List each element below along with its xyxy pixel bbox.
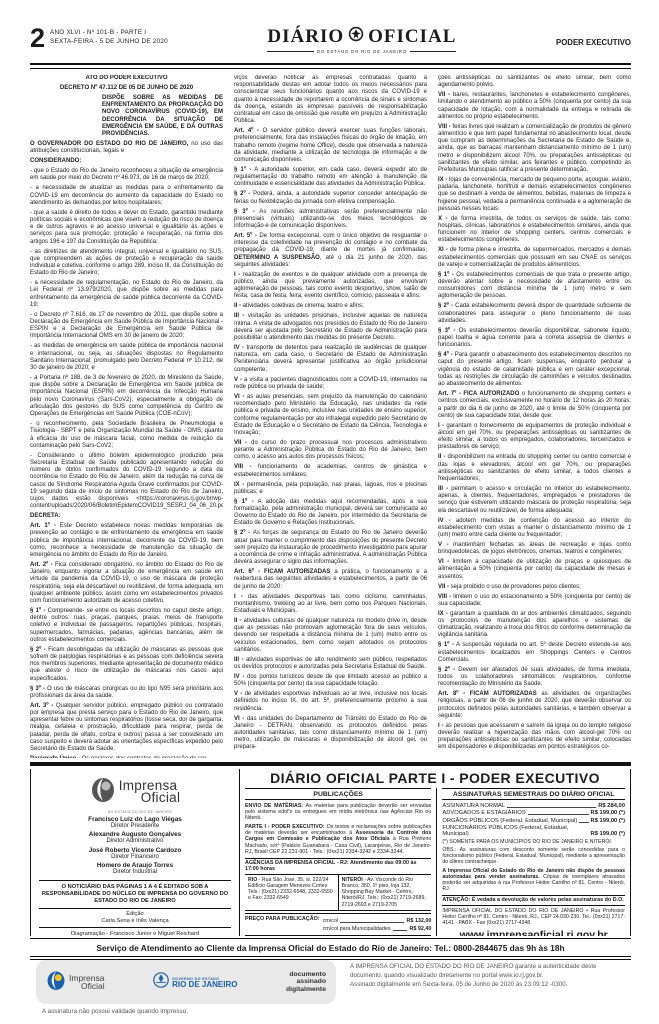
publicacoes-paragraphs: ENVIO DE MATÉRIAS: As matérias para publ…	[245, 803, 431, 856]
paragraph: A Imprensa Oficial do Estado do Rio de J…	[442, 868, 625, 893]
paragraph: VIII - limitem o uso do estacionamento a…	[438, 594, 631, 608]
reclamacoes-note: RECLAMAÇÕES SOBRE PUBLICAÇÕES DE MATÉRIA…	[245, 935, 431, 936]
paragraph: VII - do curso do prazo processual nos p…	[234, 440, 427, 462]
footer-governo-logo: GOVERNO DO ESTADO RIO DE JANEIRO	[153, 972, 237, 993]
paragraph: VIII - feiras livres que realizam a come…	[438, 124, 631, 174]
paragraph: III - atividades esportivas de alto rend…	[234, 657, 427, 671]
paragraph: OBS.: As assinaturas com desconto soment…	[442, 847, 625, 866]
agencies-row: RIO - Rua São José, 35, sl. 222/24 Edifí…	[245, 874, 431, 911]
paragraph: IX - lojas de conveniência, mercado de p…	[438, 177, 631, 213]
editorial-notice: O NOTICIÁRIO DAS PÁGINAS 1 A 4 É EDITADO…	[39, 880, 231, 904]
paragraph: - que o Estado do Rio de Janeiro reconhe…	[30, 168, 223, 182]
digital-signature-badge: Imprensa Oficial GOVERNO DO ESTADO RIO D…	[36, 960, 336, 1004]
agency-niteroi: NITERÓI - Av. Visconde do Rio Branco, 36…	[338, 875, 432, 910]
price-row: ÓRGÃOS PÚBLICOS (Federal, Estadual, Muni…	[442, 818, 625, 824]
assinaturas-title: ASSINATURAS SEMESTRAIS DO DIÁRIO OFICIAL	[442, 788, 625, 800]
print-validity-note: A assinatura não possui validade quando …	[42, 1008, 188, 1015]
governo-logo-bottom: RIO DE JANEIRO	[172, 982, 237, 988]
section-label: PODER EXECUTIVO	[556, 26, 631, 47]
paragraph: - o reconhecimento, pela Sociedade Brasi…	[30, 421, 223, 450]
masthead: DIÁRIO OFICIAL DO ESTADO DO RIO DE JANEI…	[267, 26, 456, 54]
paragraph: - a Portaria nº 188, de 3 de fevereiro d…	[30, 375, 223, 418]
column-2: viços deverão notificar as empresas cont…	[234, 75, 427, 758]
paragraph: I - realização de eventos e de qualquer …	[234, 272, 427, 301]
atencao-note: ATENÇÃO: É vedada a devolução de valores…	[442, 895, 625, 906]
paragraph: Art. 8º - FICAM AUTORIZADAS as atividade…	[438, 691, 631, 720]
footer-imprensa-logo: Imprensa Oficial	[46, 968, 105, 997]
paragraph: VI - as aulas presenciais, sem prejuízo …	[234, 394, 427, 437]
paragraph: § 3º - O uso de máscaras cirúrgicas ou d…	[30, 686, 223, 700]
paragraph: Art. 6º - FICAM AUTORIZADAS a prática, o…	[234, 569, 427, 591]
price-rows: cm/colR$ 132,00cm/col para Municipalidad…	[323, 916, 432, 933]
paragraph: I - as pessoas que acessarem e saírem da…	[438, 723, 631, 752]
paragraph: IX - permanência, pela população, nas pr…	[234, 482, 427, 496]
price-label: PREÇO PARA PUBLICAÇÃO:	[245, 916, 320, 933]
paragraph: (*) SOMENTE PARA OS MUNICÍPIOS DO RIO DE…	[442, 839, 625, 845]
imprensa-oficial-logo-icon	[90, 774, 116, 809]
subscription-rows: ASSINATURA NORMALR$ 284,00ADVOGADOS E ES…	[442, 803, 625, 838]
coat-of-arms-icon	[348, 26, 364, 48]
imprensa-oficial-logo-text: Imprensa Oficial	[119, 780, 181, 804]
paragraph: § 2º - Poderá, ainda, a autoridade super…	[234, 191, 427, 205]
paragraph: § 3º - As reuniões administrativas serão…	[234, 209, 427, 231]
authenticity-text: A IMPRENSA OFICIAL DO ESTADO DO RIO DE J…	[350, 962, 643, 989]
column-3: ções antissépticas ou sanitizantes de ef…	[438, 75, 631, 758]
price-row: cm/col para MunicipalidadesR$ 92,40	[323, 926, 432, 932]
price-row: ADVOGADOS E ESTAGIÁRIOSR$ 199,00 (*)	[442, 810, 625, 816]
governo-logo-text: GOVERNO DO ESTADO RIO DE JANEIRO	[172, 976, 237, 988]
paragraph: II - disponibilizem na entrada do shoppi…	[438, 454, 631, 483]
auth-line-3: Assinado digitalmente em Sexta-feira, 05…	[350, 980, 643, 989]
paragraph: § 2º - Ficam desobrigadas da utilização …	[30, 647, 223, 683]
paragraph: § 2º - As forças de segurança do Estado …	[234, 530, 427, 566]
paragraph: DISPÕE SOBRE AS MEDIDAS DE ENFRENTAMENTO…	[102, 95, 223, 138]
paragraph: VII - seja proibido o uso de provadores …	[438, 584, 631, 591]
paragraph: - que a saúde é direito de todos e dever…	[30, 210, 223, 246]
footer-imprensa-line2: Oficial	[81, 981, 105, 991]
paragraph: - a necessidade de regulamentação, no Es…	[30, 280, 223, 309]
paragraph: § 4º - Para garantir o abastecimento dos…	[438, 352, 631, 388]
paragraph: viços deverão notificar as empresas cont…	[234, 75, 427, 125]
price-row: FUNCIONÁRIOS PÚBLICOS (Federal, Estadual…	[442, 825, 625, 837]
paragraph: II - atividades coletivas de cinema, tea…	[234, 303, 427, 310]
imprensa-address: IMPRENSA OFICIAL DO ESTADO DO RIO DE JAN…	[442, 908, 625, 927]
layout-credits: Diagramação - Francisco Junior e Miguel …	[39, 927, 231, 936]
director-entry: Alexandre Augusto GonçalvesDiretor Admin…	[39, 831, 231, 845]
paragraph: IV - dos pontos turísticos desde de que …	[234, 674, 427, 688]
edicao-names: Carla Sena e Inês Valença	[39, 918, 231, 925]
paragraph: § 1º - A autoridade superior, em cada ca…	[234, 167, 427, 189]
paragraph: ATO DO PODER EXECUTIVO	[30, 75, 223, 82]
imprensa-logo-line2: Oficial	[141, 790, 181, 805]
paragraph: Art. 3º - Qualquer servidor público, emp…	[30, 703, 223, 753]
paragraph: Art. 5º - De forma excepcional, com o ún…	[234, 233, 427, 269]
header-rule	[30, 63, 631, 69]
paragraph: IV - adotem medidas de contenção do aces…	[438, 518, 631, 540]
edition-info: 2 ANO XLVI - Nº 101-B - PARTE I SEXTA-FE…	[30, 26, 168, 50]
paragraph: Art. 7º - FICA AUTORIZADO o funcionament…	[438, 391, 631, 420]
paragraph: VIII - funcionamento de academias, centr…	[234, 464, 427, 478]
paragraph: ENVIO DE MATÉRIAS: As matérias para publ…	[245, 803, 431, 822]
paragraph: IV - transporte de detentos para realiza…	[234, 345, 427, 374]
paragraph: III - permitam o acesso e circulação no …	[438, 486, 631, 515]
paragraph: X - de forma irrestrita, de todos os ser…	[438, 216, 631, 245]
edition-credits: Edição Carla Sena e Inês Valença	[39, 908, 231, 925]
edition-line-2: SEXTA-FEIRA - 5 DE JUNHO DE 2020	[50, 38, 168, 47]
paragraph: - o Decreto nº 7.616, de 17 de novembro …	[30, 312, 223, 341]
agencies-heading: AGÊNCIAS DA IMPRENSA OFICIAL - RJ: Atend…	[245, 858, 431, 874]
imprensa-oficial-footer-logo-icon	[46, 968, 66, 997]
auth-line-1: A IMPRENSA OFICIAL DO ESTADO DO RIO DE J…	[350, 962, 643, 971]
assinaturas-box: ASSINATURAS SEMESTRAIS DO DIÁRIO OFICIAL…	[437, 788, 630, 936]
paragraph: I - garantam o fornecimento de equipamen…	[438, 423, 631, 452]
publicacoes-title: PUBLICAÇÕES	[245, 788, 431, 800]
paragraph: ções antissépticas ou sanitizantes de ef…	[438, 75, 631, 89]
governo-rj-logo-icon	[153, 972, 169, 993]
paragraph: DECRETO Nº 47.112 DE 05 DE JUNHO DE 2020	[30, 85, 223, 92]
paragraph: Parágrafo Único - Os gestores dos contra…	[30, 756, 223, 758]
imprensa-logo-tagline: DO ESTADO DO RIO DE JANEIRO	[49, 810, 231, 814]
auth-line-2: documento, quando visualizado diretament…	[350, 971, 643, 980]
paragraph: V - mantenham fechadas as áreas de recre…	[438, 542, 631, 556]
paragraph: Art. 2º - Fica considerado obrigatório, …	[30, 562, 223, 605]
bottom-right-area: DIÁRIO OFICIAL PARTE I - PODER EXECUTIVO…	[240, 769, 631, 936]
paragraph: - as medidas de emergência em saúde públ…	[30, 343, 223, 372]
paragraph: VI - limitem a capacidade de utilização …	[438, 559, 631, 581]
page-header: 2 ANO XLVI - Nº 101-B - PARTE I SEXTA-FE…	[30, 26, 631, 54]
imprensa-oficial-box: Imprensa Oficial DO ESTADO DO RIO DE JAN…	[30, 769, 240, 936]
paragraph: DECRETA:	[30, 513, 223, 520]
paragraph: II - atividades culturais de qualquer na…	[234, 618, 427, 654]
paragraph: V - a visita a pacientes diagnosticados …	[234, 377, 427, 391]
content-columns: ATO DO PODER EXECUTIVODECRETO Nº 47.112 …	[30, 75, 631, 758]
publicacoes-box: PUBLICAÇÕES ENVIO DE MATÉRIAS: As matéri…	[240, 788, 437, 936]
edicao-label: Edição	[39, 911, 231, 918]
agency-rio: RIO - Rua São José, 35, sl. 222/24 Edifí…	[245, 875, 338, 910]
section-divider-bar	[30, 762, 631, 766]
bottom-section: Imprensa Oficial DO ESTADO DO RIO DE JAN…	[30, 769, 631, 936]
signed-digitally-label: documento assinado digitalmente	[286, 971, 326, 994]
price-row: ASSINATURA NORMALR$ 284,00	[442, 803, 625, 809]
masthead-subtitle: DO ESTADO DO RIO DE JANEIRO	[267, 49, 456, 54]
paragraph: § 3º - Os estabelecimentos deverão dispo…	[438, 328, 631, 350]
paragraph: - Considerando o último boletim epidemio…	[30, 453, 223, 511]
paragraph: VI - das unidades do Departamento de Trâ…	[234, 716, 427, 752]
paragraph: I - das atividades desportivas tais como…	[234, 594, 427, 616]
edition-lines: ANO XLVI - Nº 101-B - PARTE I SEXTA-FEIR…	[50, 26, 168, 46]
paragraph: - a necessidade de atualizar as medidas …	[30, 185, 223, 207]
footer-imprensa-logo-text: Imprensa Oficial	[69, 974, 105, 990]
paragraph: VII - bares, restaurantes, lanchonetes e…	[438, 92, 631, 121]
paragraph: § 1º - A adoção das medidas aqui recomen…	[234, 499, 427, 528]
paragraph: § 1º - Os estabelecimentos comerciais de…	[438, 272, 631, 301]
column-1: ATO DO PODER EXECUTIVODECRETO Nº 47.112 …	[30, 75, 223, 758]
paragraph: § 1º - A suspensão regulada no art. 5º d…	[438, 642, 631, 664]
edition-line-1: ANO XLVI - Nº 101-B - PARTE I	[50, 29, 168, 38]
director-entry: Homero de Araujo TorresDiretor Industria…	[39, 862, 231, 876]
paragraph: Art. 1º - Este Decreto estabelece novas …	[30, 523, 223, 559]
imprensa-oficial-logo: Imprensa Oficial	[39, 774, 231, 809]
masthead-title-right: OFICIAL	[368, 26, 456, 48]
paragraph: Art. 4º - O servidor público deverá exer…	[234, 128, 427, 164]
paragraph: XI - de forma plena e irrestrita, de sup…	[438, 247, 631, 269]
paragraph: § 1º - Compreende- se entre os locais de…	[30, 608, 223, 644]
paragraph: PARTE I - PODER EXECUTIVO: Os textos e r…	[245, 824, 431, 855]
directors-list: Francisco Luiz do Lago ViégasDiretor Pre…	[39, 816, 231, 877]
paragraph: IX - garantam a qualidade do ar dos ambi…	[438, 611, 631, 640]
director-entry: José Roberto Vicente CardozoDiretor Fina…	[39, 847, 231, 861]
bottom-banner-title: DIÁRIO OFICIAL PARTE I - PODER EXECUTIVO	[240, 769, 630, 788]
subscription-notes: (*) SOMENTE PARA OS MUNICÍPIOS DO RIO DE…	[442, 839, 625, 893]
price-for-publication: PREÇO PARA PUBLICAÇÃO: cm/colR$ 132,00cm…	[245, 913, 431, 933]
info-boxes: PUBLICAÇÕES ENVIO DE MATÉRIAS: As matéri…	[240, 788, 630, 936]
price-row: cm/colR$ 132,00	[323, 918, 432, 924]
page-number: 2	[30, 26, 45, 50]
paragraph: - as diretrizes de atendimento integral,…	[30, 249, 223, 278]
paragraph: V - de atividades esportivas individuais…	[234, 691, 427, 713]
paragraph: § 2º - Cada estabelecimento deverá dispo…	[438, 303, 631, 325]
masthead-title-left: DIÁRIO	[267, 26, 344, 48]
paragraph: § 2º - Devem ser afastados de suas ativi…	[438, 667, 631, 689]
director-entry: Francisco Luiz do Lago ViégasDiretor Pre…	[39, 816, 231, 830]
gazette-page: 2 ANO XLVI - Nº 101-B - PARTE I SEXTA-FE…	[0, 0, 659, 1024]
paragraph: O GOVERNADOR DO ESTADO DO RIO DE JANEIRO…	[30, 141, 223, 155]
customer-service-bar: Serviço de Atendimento ao Cliente da Imp…	[30, 938, 631, 960]
paragraph: CONSIDERANDO:	[30, 158, 223, 165]
website-url: www.imprensaoficial.rj.gov.br	[442, 929, 625, 936]
paragraph: III - visitação às unidades prisionais, …	[234, 313, 427, 342]
